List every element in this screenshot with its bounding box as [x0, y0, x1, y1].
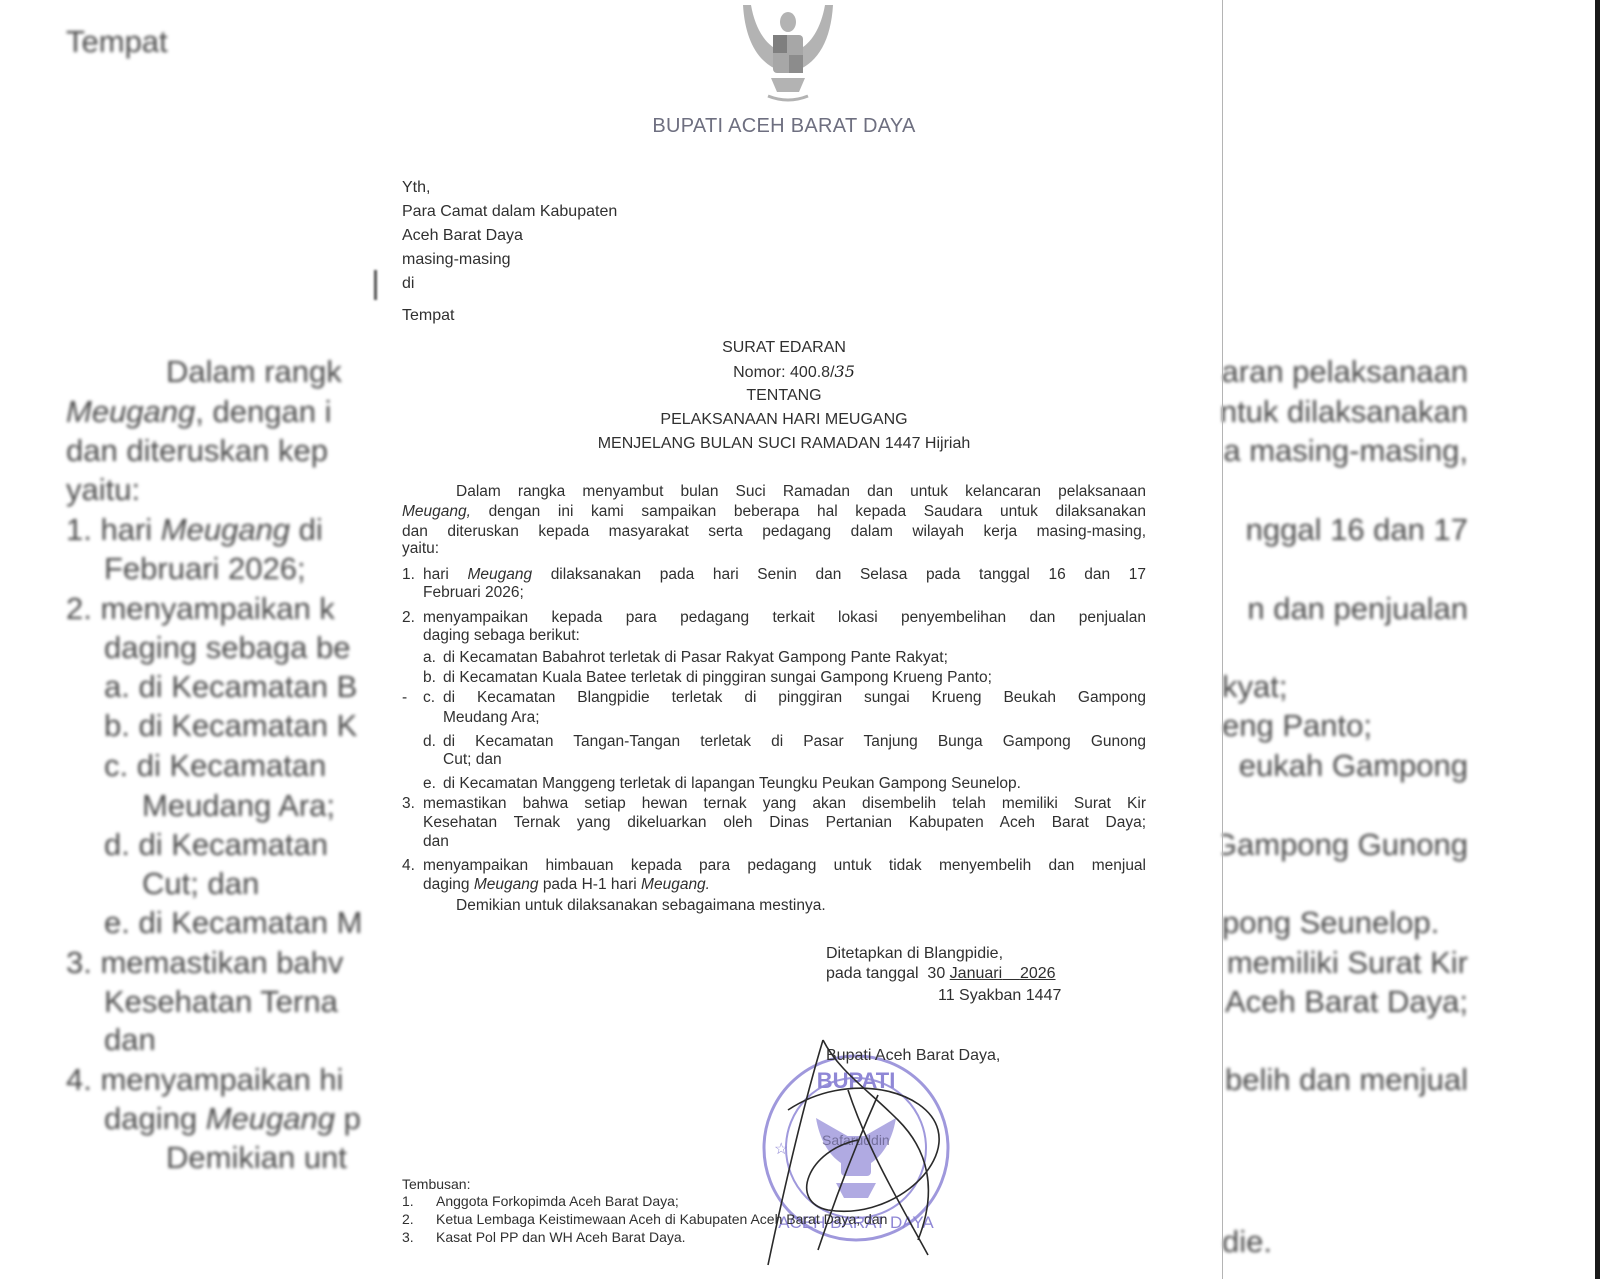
item-2-cont: daging sebaga berikut: [423, 626, 580, 646]
document-subject-2: MENJELANG BULAN SUCI RAMADAN 1447 Hijria… [398, 434, 1170, 454]
sub-item-a: di Kecamatan Babahrot terletak di Pasar … [443, 648, 948, 668]
background-left-blur: TempatDalam rangkMeugang, dengan idan di… [0, 0, 378, 1279]
item-3-cont: dan [423, 832, 449, 852]
sub-item-c-cont: Meudang Ara; [443, 708, 540, 728]
document-page: BUPATI ACEH BARAT DAYA Yth, Para Camat d… [398, 0, 1170, 1279]
document-type: SURAT EDARAN [398, 338, 1170, 358]
item-3-line: memastikan bahwa setiap hewan ternak yan… [423, 794, 1146, 814]
closing-line: Demikian untuk dilaksanakan sebagaimana … [456, 896, 826, 916]
item-number: 1. [402, 565, 415, 585]
bg-text-line: Februari 2026; [104, 549, 306, 589]
item-1-cont: Februari 2026; [423, 583, 524, 603]
intro-line: Meugang, dengan ini kami sampaikan beber… [402, 502, 1146, 522]
bg-text-line: aran pelaksanaan [1222, 352, 1468, 392]
document-about: TENTANG [398, 386, 1170, 406]
bg-text-line: 1. hari Meugang di [66, 510, 323, 550]
bg-text-line: nggal 16 dan 17 [1246, 510, 1468, 550]
sub-item-b: di Kecamatan Kuala Batee terletak di pin… [443, 668, 992, 688]
recipient-place: Tempat [402, 306, 454, 326]
intro-line: dan diteruskan kepada masyarakat serta p… [402, 522, 1146, 542]
bg-text-line: 3. memastikan bahv [66, 943, 343, 983]
bg-text-line: Kesehatan Terna [104, 982, 338, 1022]
bg-text-line: ntuk dilaksanakan [1222, 392, 1468, 432]
bg-text-line: dan diteruskan kep [66, 431, 328, 471]
document-number: Nomor: 400.8/35 [398, 362, 1180, 383]
recipient-line: masing-masing [402, 250, 510, 270]
item-4-cont: daging Meugang pada H-1 hari Meugang. [423, 875, 710, 895]
item-2-line: menyampaikan kepada para pedagang terkai… [423, 608, 1146, 628]
item-number: 3. [402, 794, 415, 814]
signed-date: pada tanggal 30 Januari 2026 [826, 964, 1056, 984]
sub-label: a. [423, 648, 436, 668]
item-3-line: Kesehatan Ternak yang dikeluarkan oleh D… [423, 813, 1146, 833]
sub-item-c: di Kecamatan Blangpidie terletak di ping… [443, 688, 1146, 708]
bg-text-line: Meugang, dengan i [66, 392, 331, 432]
sub-label: e. [423, 774, 436, 794]
sub-label: c. [423, 688, 435, 708]
bg-text-line: dan [104, 1020, 156, 1060]
bg-text-line: 2. menyampaikan k [66, 589, 335, 629]
item-number: 2. [402, 608, 415, 628]
page-divider [1222, 0, 1223, 1279]
bg-text-line: memiliki Surat Kir [1227, 943, 1468, 983]
sub-label: d. [423, 732, 436, 752]
hijri-date: 11 Syakban 1447 [938, 986, 1061, 1006]
letterhead-title: BUPATI ACEH BARAT DAYA [398, 116, 1170, 136]
cc-label: Tembusan: [402, 1174, 470, 1194]
signed-place: Ditetapkan di Blangpidie, [826, 944, 1003, 964]
bg-text-line: 4. menyampaikan hi [66, 1060, 343, 1100]
bg-text-line: b. di Kecamatan K [104, 706, 357, 746]
sub-item-d: di Kecamatan Tangan-Tangan terletak di P… [443, 732, 1146, 752]
bg-text-line: eukah Gampong [1239, 746, 1468, 786]
bg-text-line: daging Meugang p [104, 1099, 361, 1139]
recipient-line: Para Camat dalam Kabupaten [402, 202, 617, 222]
bg-text-line: Meudang Ara; [142, 786, 335, 826]
bg-text-line: e. di Kecamatan M [104, 903, 362, 943]
intro-line: yaitu: [402, 539, 439, 559]
bg-text-line: pong Seunelop. [1222, 903, 1439, 943]
bg-text-line: n dan penjualan [1247, 589, 1468, 629]
recipient-line: Aceh Barat Daya [402, 226, 523, 246]
margin-mark: - [402, 688, 407, 708]
bg-text-line: Dalam rangk [166, 352, 342, 392]
bg-text-line: a masing-masing, [1223, 431, 1468, 471]
handwritten-signature-icon [728, 1030, 988, 1270]
sub-item-d-cont: Cut; dan [443, 750, 502, 770]
sub-label: b. [423, 668, 436, 688]
bg-text-line: Demikian unt [166, 1138, 347, 1178]
garuda-emblem-icon [733, 0, 843, 105]
item-4-line: menyampaikan himbauan kepada para pedaga… [423, 856, 1146, 876]
bg-text-line: eng Panto; [1222, 706, 1372, 746]
bg-text-line: belih dan menjual [1225, 1060, 1468, 1100]
bg-text-line: d. di Kecamatan [104, 825, 328, 865]
recipient-greeting: Yth, [402, 178, 430, 198]
bg-text-line: die. [1222, 1222, 1272, 1262]
bg-text-line: Aceh Barat Daya; [1225, 982, 1468, 1022]
bg-text-line: Tempat [66, 22, 168, 62]
intro-line: Dalam rangka menyambut bulan Suci Ramada… [456, 482, 1146, 502]
item-1-line: hari Meugang dilaksanakan pada hari Seni… [423, 565, 1146, 585]
sub-item-e: di Kecamatan Manggeng terletak di lapang… [443, 774, 1021, 794]
edge-strip [1595, 0, 1600, 1279]
document-subject-1: PELAKSANAAN HARI MEUGANG [398, 410, 1170, 430]
bg-text-line: Gampong Gunong [1222, 825, 1468, 865]
bg-text-line: daging sebaga be [104, 628, 351, 668]
handwritten-number: 35 [835, 362, 855, 381]
background-right-blur: aran pelaksanaanntuk dilaksanakana masin… [1222, 0, 1595, 1279]
bg-text-line: yaitu: [66, 470, 140, 510]
item-number: 4. [402, 856, 415, 876]
bg-text-line: c. di Kecamatan [104, 746, 326, 786]
recipient-line: di [402, 274, 414, 294]
background-mark [374, 270, 377, 300]
bg-text-line: a. di Kecamatan B [104, 667, 357, 707]
bg-text-line: Cut; dan [142, 864, 259, 904]
bg-text-line: kyat; [1222, 667, 1287, 707]
